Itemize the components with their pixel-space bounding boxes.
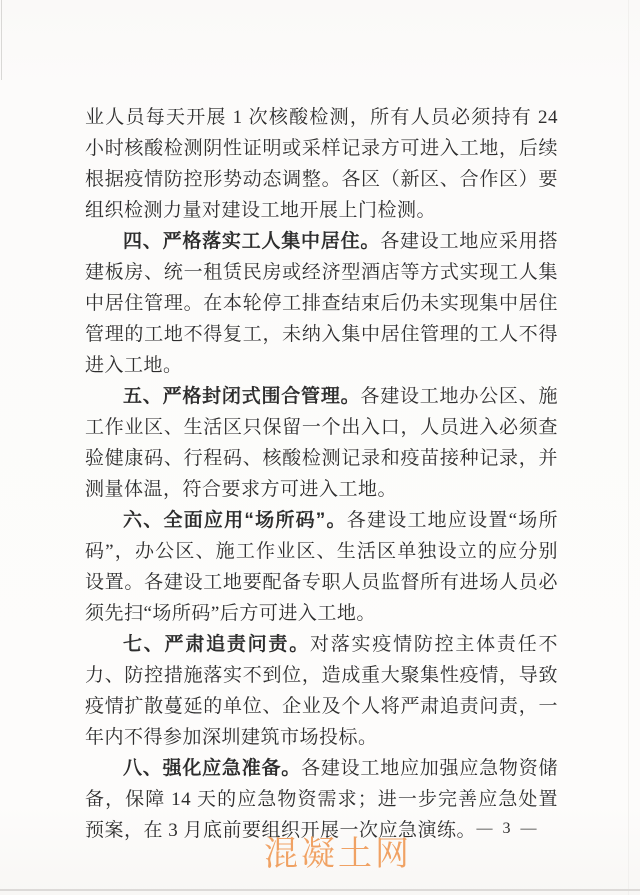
paragraph-heading: 八、强化应急准备。 xyxy=(123,758,301,779)
document-body: 业人员每天开展 1 次核酸检测，所有人员必须持有 24 小时核酸检测阴性证明或采… xyxy=(85,102,558,846)
scan-right-edge xyxy=(628,0,629,895)
paragraph: 四、严格落实工人集中居住。各建设工地应采用搭建板房、统一租赁民房或经济型酒店等方… xyxy=(85,226,558,381)
scan-left-edge xyxy=(1,0,2,80)
paragraph-heading: 六、全面应用“场所码”。 xyxy=(123,510,347,531)
paragraph-text: 业人员每天开展 1 次核酸检测，所有人员必须持有 24 小时核酸检测阴性证明或采… xyxy=(85,107,558,221)
paragraph-heading: 四、严格落实工人集中居住。 xyxy=(123,231,380,252)
page-number: — 3 — xyxy=(458,820,558,838)
paragraph: 七、严肃追责问责。对落实疫情防控主体责任不力、防控措施落实不到位，造成重大聚集性… xyxy=(85,629,558,753)
scan-bottom-edge xyxy=(0,889,640,891)
watermark-logo: 混凝土网 xyxy=(264,835,412,873)
paragraph-heading: 七、严肃追责问责。 xyxy=(123,634,310,655)
scanned-page: 业人员每天开展 1 次核酸检测，所有人员必须持有 24 小时核酸检测阴性证明或采… xyxy=(0,0,640,895)
paragraph: 业人员每天开展 1 次核酸检测，所有人员必须持有 24 小时核酸检测阴性证明或采… xyxy=(85,102,558,226)
paragraph-heading: 五、严格封闭式围合管理。 xyxy=(123,386,360,407)
paragraph-text: 各建设工地应采用搭建板房、统一租赁民房或经济型酒店等方式实现工人集中居住管理。在… xyxy=(85,231,558,376)
paragraph: 六、全面应用“场所码”。各建设工地应设置“场所码”，办公区、施工作业区、生活区单… xyxy=(85,505,558,629)
paragraph: 五、严格封闭式围合管理。各建设工地办公区、施工作业区、生活区只保留一个出入口，人… xyxy=(85,381,558,505)
